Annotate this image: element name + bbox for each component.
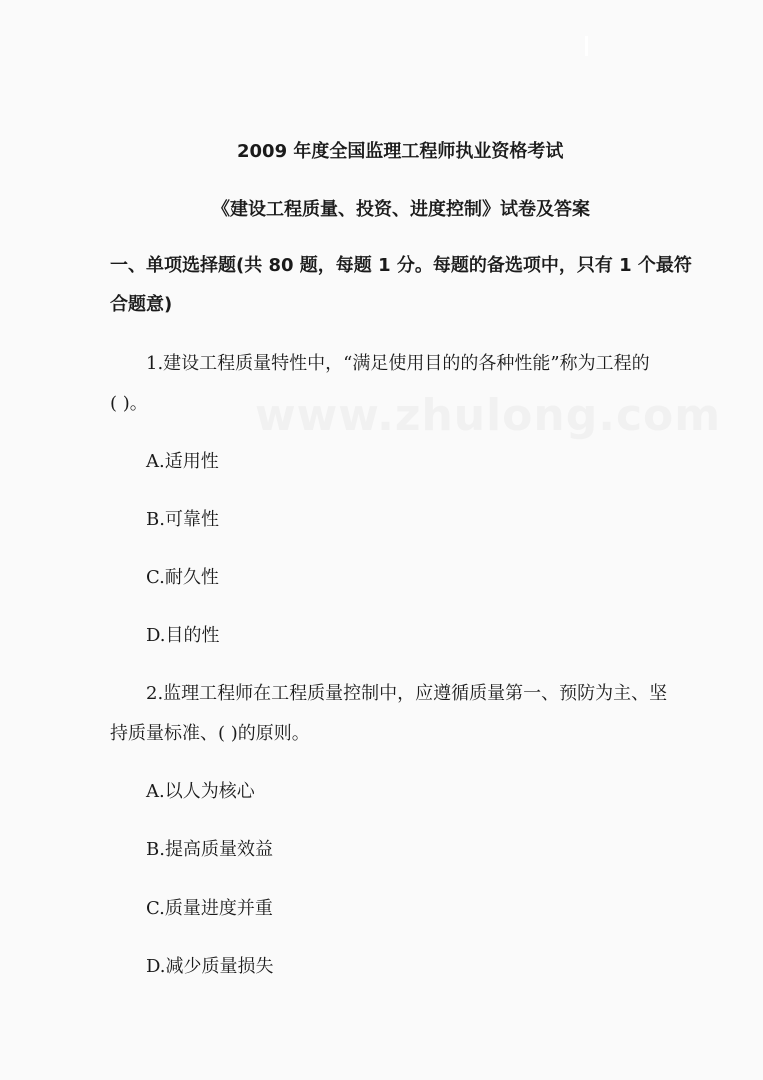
question-1-stem-continued: ( )。 — [110, 392, 148, 416]
section-heading-continued: 合题意) — [110, 293, 172, 317]
page-marker — [585, 36, 588, 56]
question-1-option-b: B.可靠性 — [146, 508, 219, 532]
question-1-option-d: D.目的性 — [146, 624, 220, 648]
question-2-stem-continued: 持质量标准、( )的原则。 — [110, 722, 310, 746]
question-2-stem: 2.监理工程师在工程质量控制中，应遵循质量第一、预防为主、坚 — [146, 682, 667, 706]
question-1-option-c: C.耐久性 — [146, 566, 219, 590]
document-subtitle: 《建设工程质量、投资、进度控制》试卷及答案 — [212, 198, 590, 222]
question-2-option-d: D.减少质量损失 — [146, 955, 274, 979]
question-1-stem: 1.建设工程质量特性中，“满足使用目的的各种性能”称为工程的 — [146, 352, 650, 376]
question-2-option-b: B.提高质量效益 — [146, 838, 273, 862]
section-heading: 一、单项选择题(共 80 题，每题 1 分。每题的备选项中，只有 1 个最符 — [110, 254, 692, 278]
question-2-option-a: A.以人为核心 — [146, 780, 255, 804]
document-title: 2009 年度全国监理工程师执业资格考试 — [237, 140, 563, 164]
question-1-option-a: A.适用性 — [146, 450, 219, 474]
watermark: www.zhulong.com — [255, 392, 721, 440]
question-2-option-c: C.质量进度并重 — [146, 897, 273, 921]
